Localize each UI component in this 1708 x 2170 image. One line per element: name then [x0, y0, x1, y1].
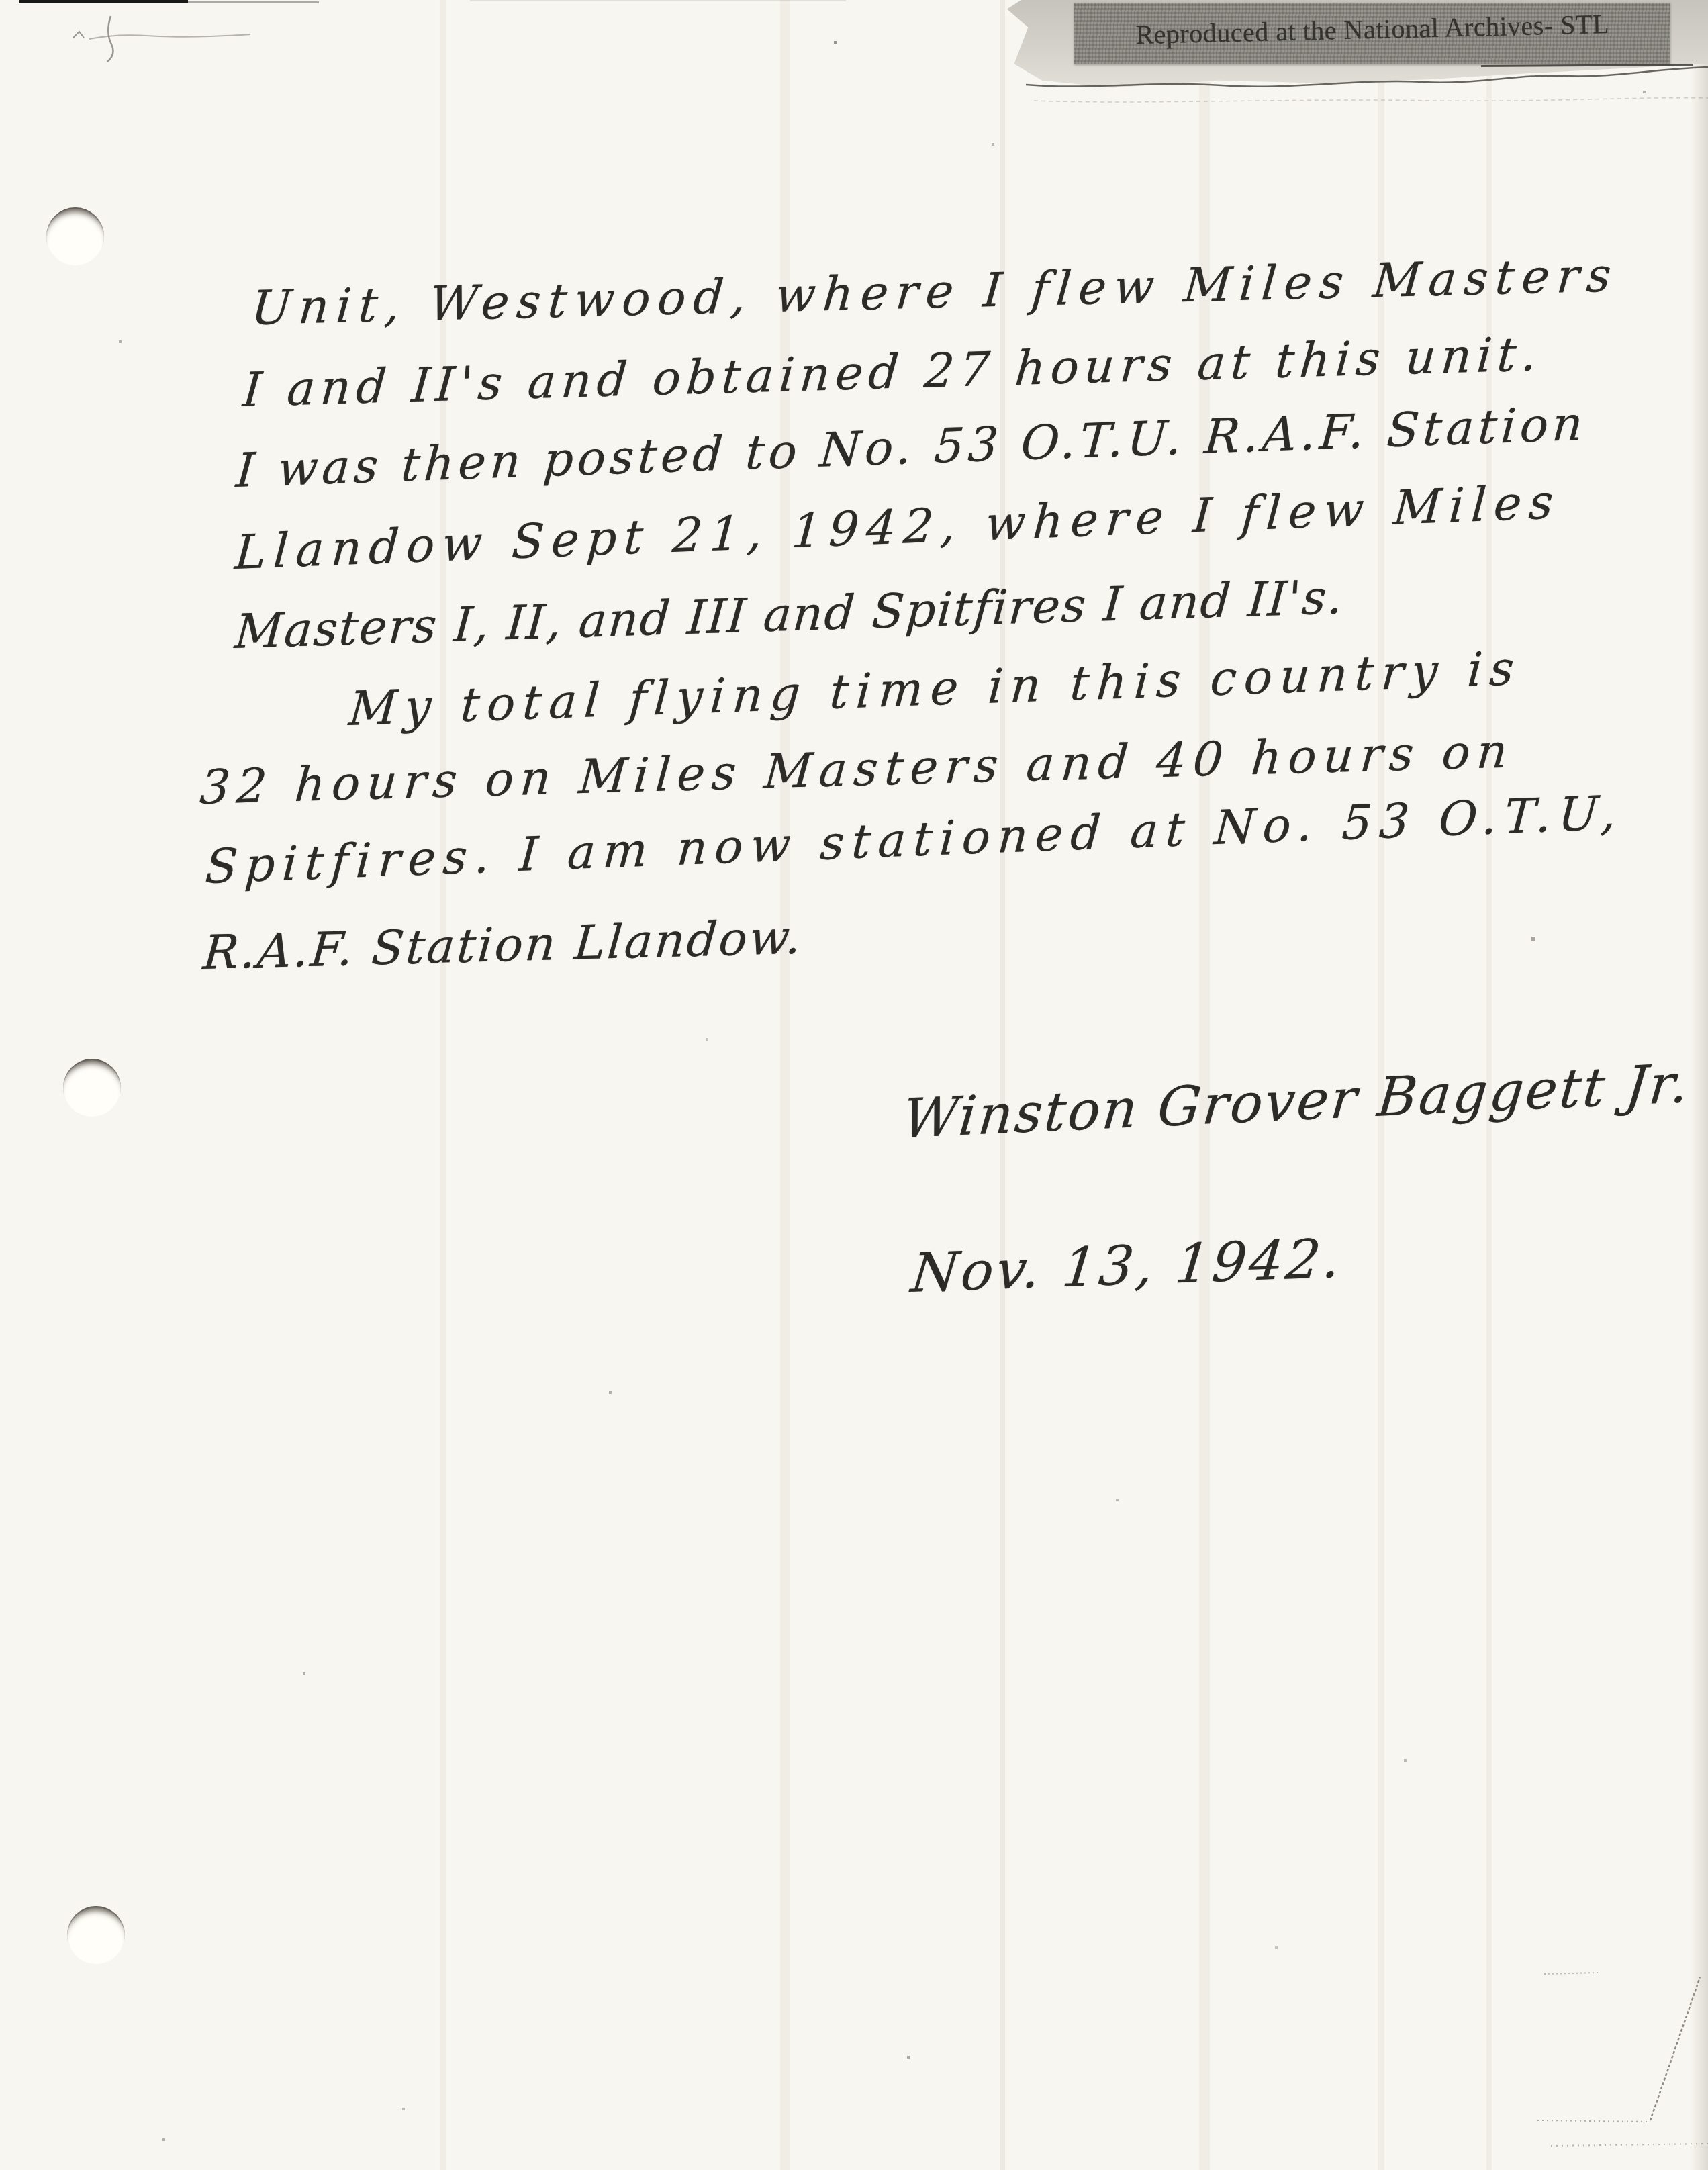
scan-edge-line	[188, 1, 319, 3]
signature-name: Winston Grover Baggett Jr.	[900, 1052, 1693, 1151]
page-corner-edge	[1511, 1947, 1708, 2170]
page-edge-shadow	[1691, 0, 1708, 2170]
scan-edge-line	[470, 0, 846, 1]
scan-specks	[0, 0, 1, 1]
scan-streak	[780, 0, 790, 2170]
scan-edge-line	[19, 0, 188, 3]
hole-punch-middle	[63, 1059, 121, 1117]
hole-punch-bottom	[67, 1906, 125, 1964]
letter-line-9: R.A.F. Station Llandow.	[201, 910, 805, 981]
letter-line-1: Unit, Westwood, where I flew Miles Maste…	[250, 247, 1621, 336]
signature-date: Nov. 13, 1942.	[908, 1227, 1346, 1305]
pencil-scribble	[70, 12, 258, 66]
letter-line-6: My total flying time in this country is	[347, 641, 1523, 737]
torn-paper-edge	[1007, 0, 1708, 107]
hole-punch-top	[46, 207, 104, 265]
scanned-letter-page: Reproduced at the National Archives- STL…	[0, 0, 1708, 2170]
